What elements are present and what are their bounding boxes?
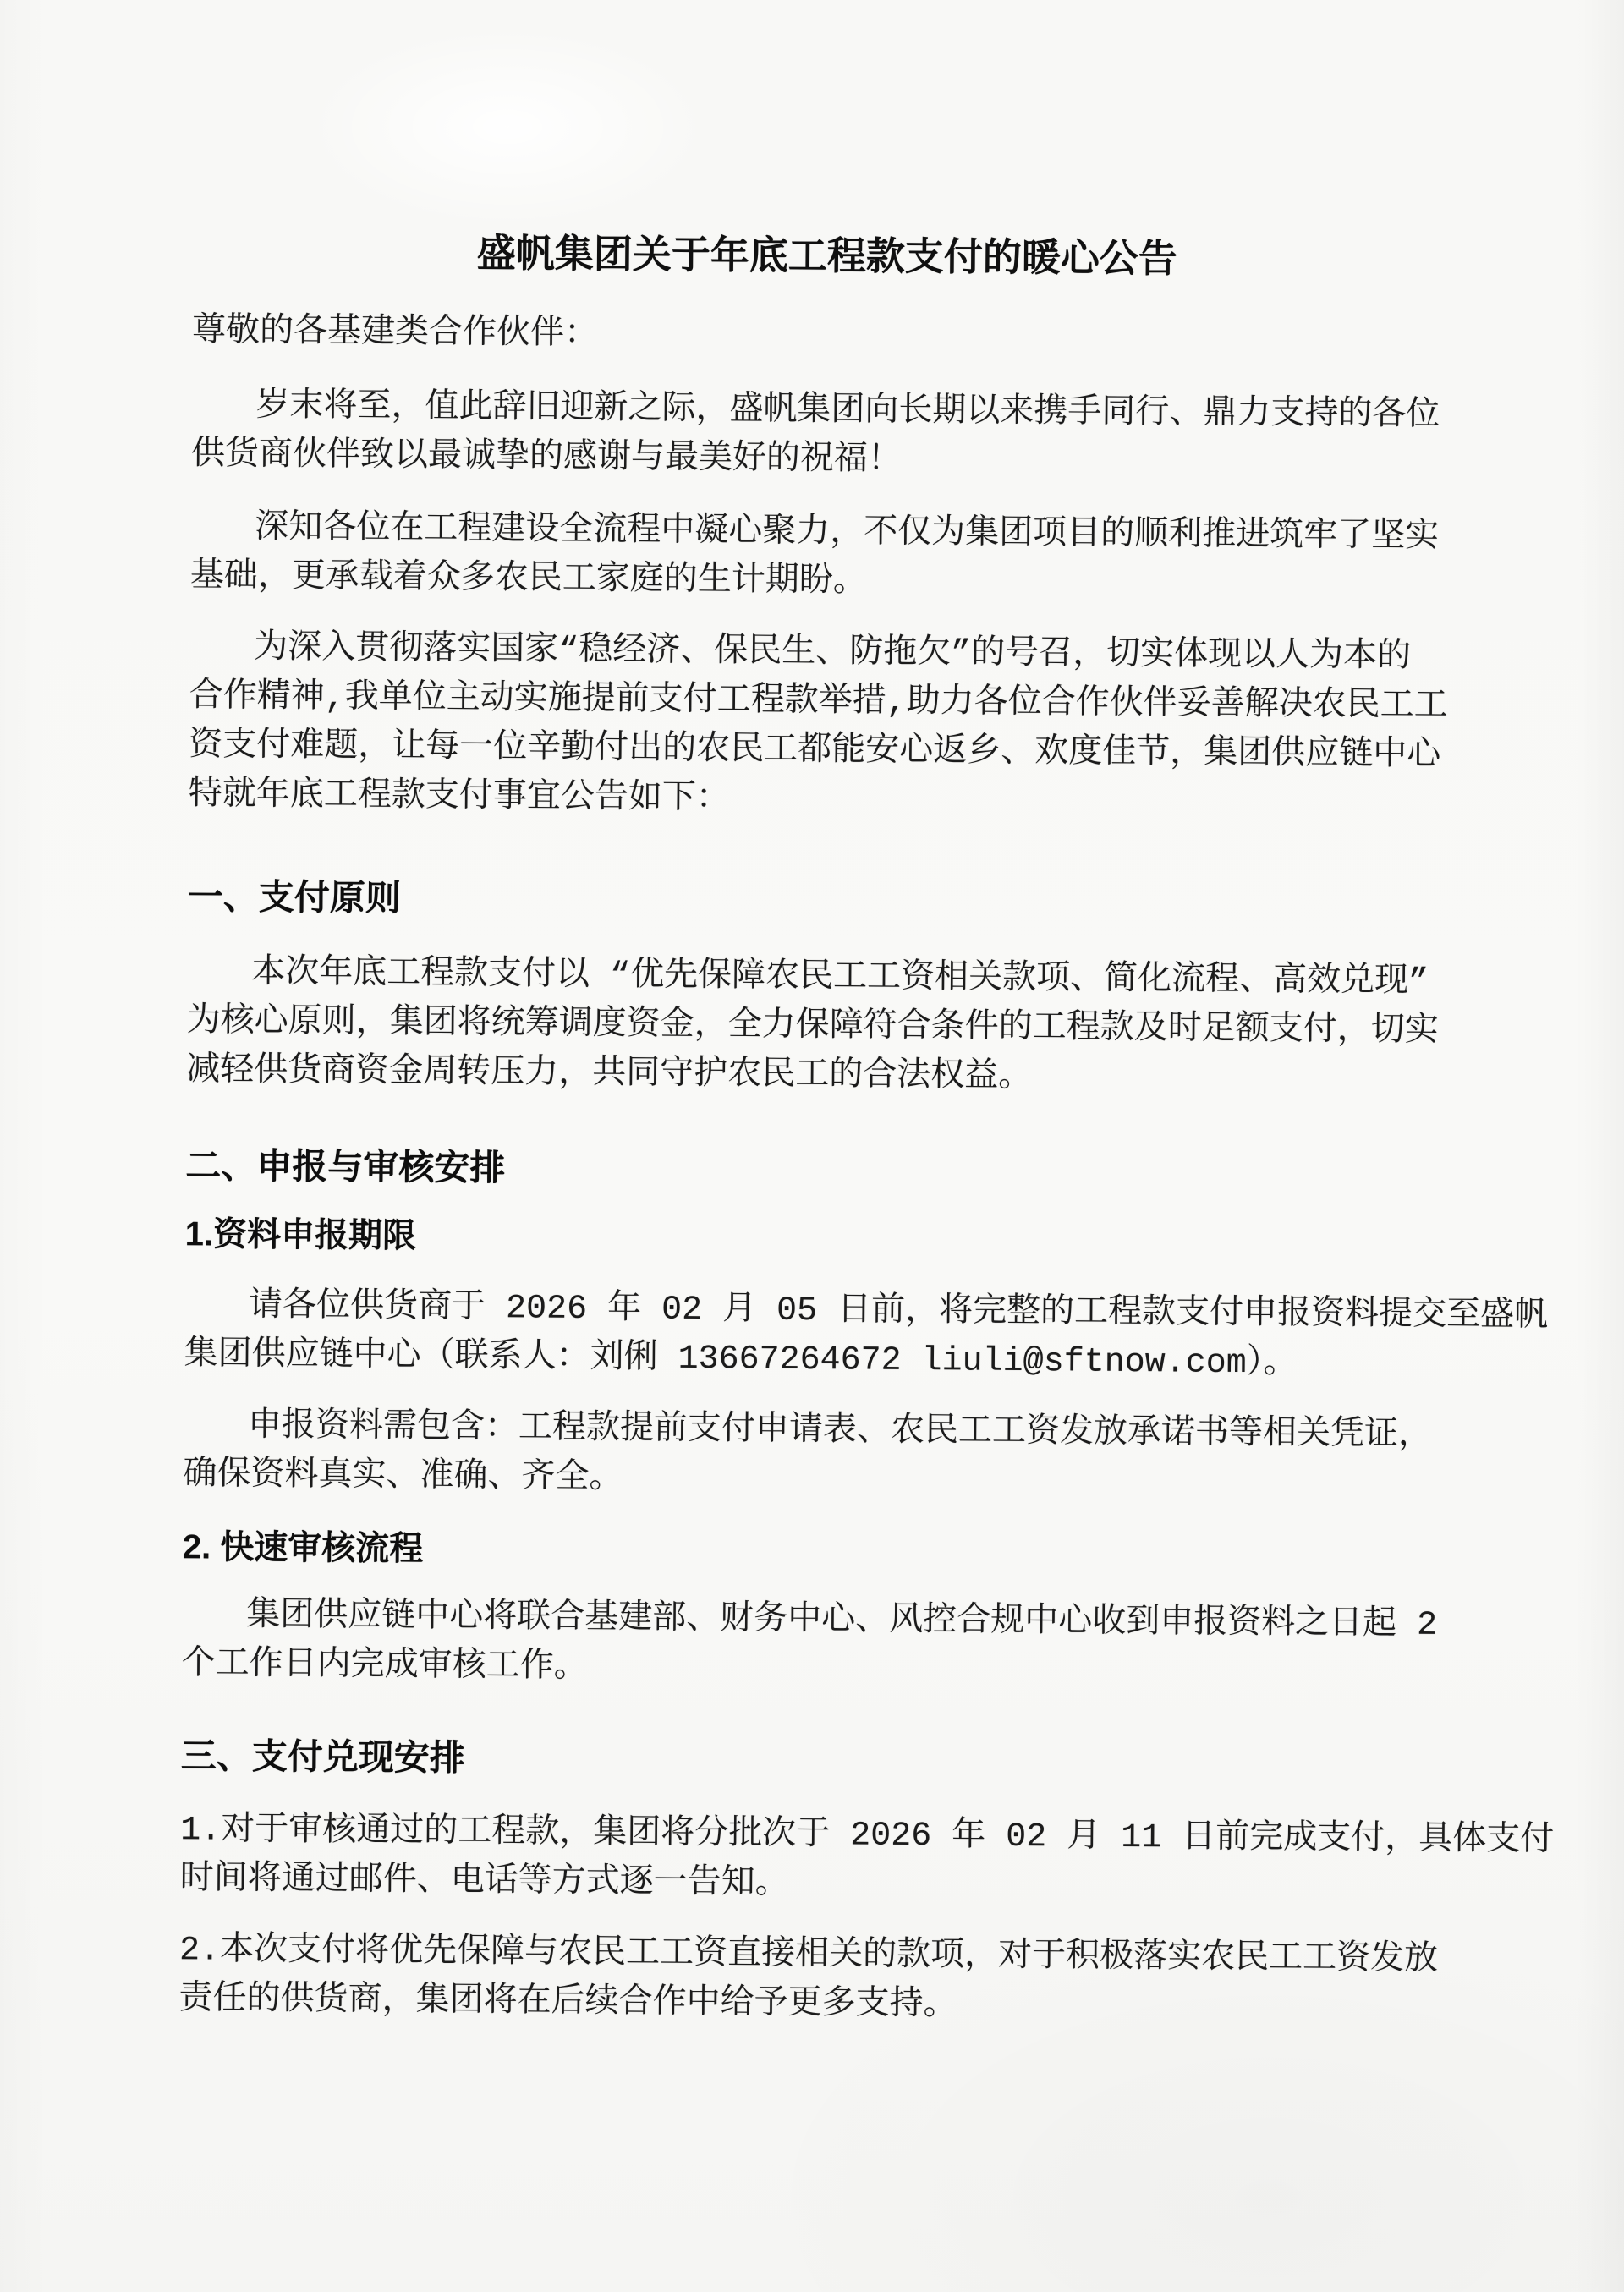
section1-heading: 一、支付原则	[188, 875, 1484, 929]
section2-subheading-1: 1.资料申报期限	[185, 1213, 1481, 1265]
paragraph-line: 时间将通过邮件、电话等方式逐一告知。	[179, 1856, 1475, 1915]
paragraph-line: 基础，更承载着众多农民工家庭的生计期盼。	[190, 553, 1486, 612]
document-content: 盛帆集团关于年底工程款支付的暖心公告 尊敬的各基建类合作伙伴： 岁末将至，值此辞…	[0, 0, 1624, 2037]
intro-paragraph-1: 岁末将至，值此辞旧迎新之际，盛帆集团向长期以来携手同行、鼎力支持的各位 供货商伙…	[191, 382, 1488, 491]
paragraph-line: 确保资料真实、准确、齐全。	[183, 1451, 1479, 1511]
paragraph-line: 减轻供货商资金周转压力，共同守护农民工的合法权益。	[186, 1047, 1482, 1106]
section2-subheading-2-block: 2. 快速审核流程	[183, 1526, 1479, 1578]
section1-heading-block: 一、支付原则	[188, 875, 1484, 929]
section3-paragraph-1: 1.对于审核通过的工程款，集团将分批次于 2026 年 02 月 11 日前完成…	[179, 1807, 1476, 1915]
intro-paragraph-3: 为深入贯彻落实国家“稳经济、保民生、防拖欠”的号召，切实体现以人为本的 合作精神…	[189, 624, 1486, 831]
paragraph-line: 责任的供货商，集团将在后续合作中给予更多支持。	[178, 1976, 1474, 2035]
section2-heading-block: 二、申报与审核安排	[185, 1143, 1481, 1198]
salutation: 尊敬的各基建类合作伙伴：	[192, 308, 1488, 367]
section3-heading-block: 三、支付兑现安排	[181, 1734, 1477, 1788]
section2-paragraph-2: 申报资料需包含：工程款提前支付申请表、农民工工资发放承诺书等相关凭证， 确保资料…	[183, 1402, 1479, 1511]
section2-paragraph-1: 请各位供货商于 2026 年 02 月 05 日前，将完整的工程款支付申报资料提…	[184, 1282, 1480, 1390]
paragraph-line: 个工作日内完成审核工作。	[181, 1641, 1477, 1700]
section2-paragraph-3: 集团供应链中心将联合基建部、财务中心、风控合规中心收到申报资料之日起 2 个工作…	[181, 1592, 1478, 1700]
salutation-block: 尊敬的各基建类合作伙伴：	[192, 308, 1488, 367]
section2-heading: 二、申报与审核安排	[185, 1143, 1481, 1198]
section1-paragraph-1: 本次年底工程款支付以 “优先保障农民工工资相关款项、简化流程、高效兑现” 为核心…	[186, 949, 1483, 1106]
intro-paragraph-2: 深知各位在工程建设全流程中凝心聚力，不仅为集团项目的顺利推进筑牢了坚实 基础，更…	[190, 504, 1487, 612]
paragraph-line: 供货商伙伴致以最诚挚的感谢与最美好的祝福！	[191, 431, 1487, 491]
section2-subheading-2: 2. 快速审核流程	[183, 1526, 1479, 1578]
paragraph-line: 特就年底工程款支付事宜公告如下：	[189, 771, 1484, 831]
section3-paragraph-2: 2.本次支付将优先保障与农民工工资直接相关的款项，对于积极落实农民工工资发放 责…	[178, 1927, 1475, 2035]
section2-subheading-1-block: 1.资料申报期限	[185, 1213, 1481, 1265]
section3-heading: 三、支付兑现安排	[181, 1734, 1477, 1788]
paragraph-line-contact: 集团供应链中心（联系人：刘俐 13667264672 liuli@sftnow.…	[184, 1331, 1479, 1390]
scanned-document-page: 盛帆集团关于年底工程款支付的暖心公告 尊敬的各基建类合作伙伴： 岁末将至，值此辞…	[0, 0, 1624, 2292]
document-title: 盛帆集团关于年底工程款支付的暖心公告	[30, 224, 1624, 288]
